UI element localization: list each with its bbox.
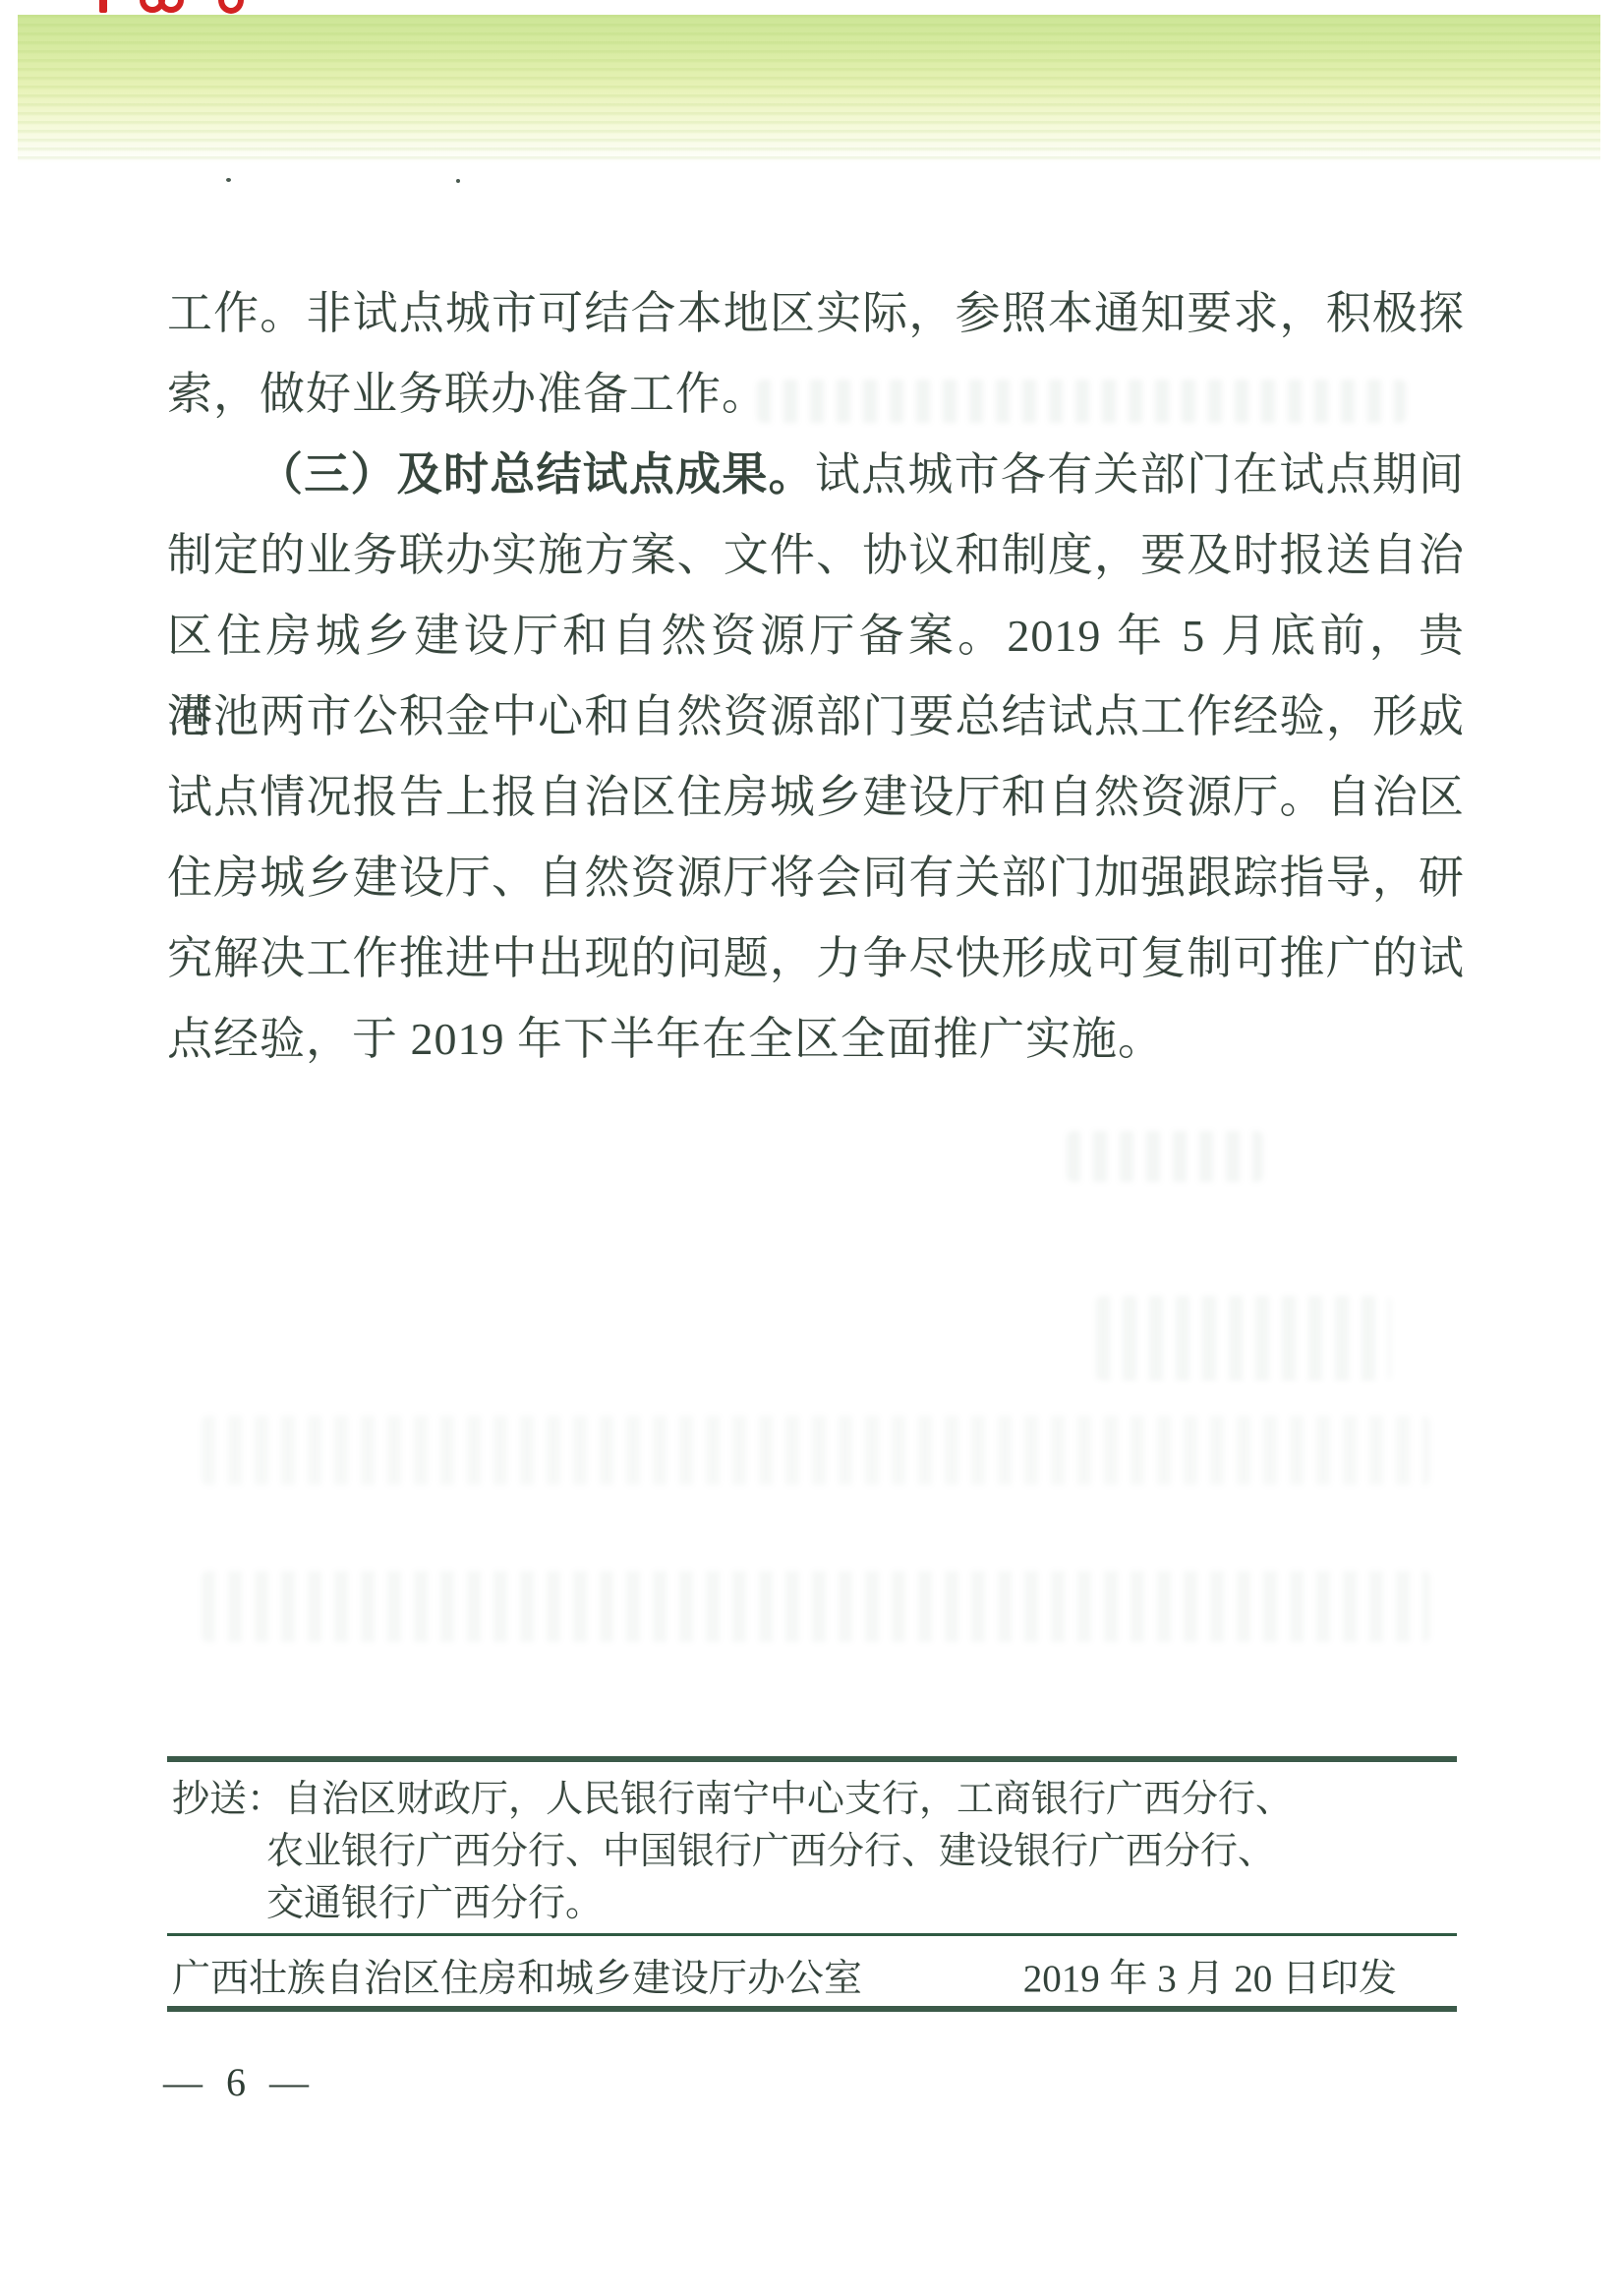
footer-bottom-rule [167, 2006, 1457, 2012]
body-text-line: 工作。非试点城市可结合本地区实际，参照本通知要求，积极探 [167, 273, 1465, 354]
body-text-line: 究解决工作推进中出现的问题，力争尽快形成可复制可推广的试 [167, 918, 1465, 999]
clause-body-start: 试点城市各有关部门在试点期间 [815, 449, 1465, 500]
bleed-through-smudge [202, 1571, 1430, 1642]
issuing-office: 广西壮族自治区住房和城乡建设厅办公室 [172, 1955, 862, 2004]
clause-heading: （三）及时总结试点成果。 [258, 449, 815, 500]
red-letterhead-remnant-icon [140, 0, 187, 14]
body-text-line: 点经验，于 2019 年下半年在全区全面推广实施。 [167, 999, 1465, 1080]
cc-line: 交通银行广西分行。 [172, 1878, 1450, 1930]
bleed-through-smudge [757, 380, 1406, 423]
scan-speck [456, 179, 460, 183]
body-text-line: 河池两市公积金中心和自然资源部门要总结试点工作经验，形成 [167, 677, 1465, 757]
bleed-through-smudge [1096, 1296, 1391, 1381]
scan-speck [226, 178, 231, 182]
bleed-through-smudge [1067, 1131, 1263, 1182]
body-text-line: 制定的业务联办实施方案、文件、协议和制度，要及时报送自治 [167, 515, 1465, 596]
document-page: 工作。非试点城市可结合本地区实际，参照本通知要求，积极探 索，做好业务联办准备工… [0, 0, 1623, 2296]
footer-top-rule [167, 1756, 1457, 1762]
body-text-line: （三）及时总结试点成果。试点城市各有关部门在试点期间 [167, 435, 1465, 515]
footer-middle-rule [167, 1933, 1457, 1936]
cc-line: 农业银行广西分行、中国银行广西分行、建设银行广西分行、 [172, 1826, 1450, 1878]
bleed-through-smudge [202, 1416, 1430, 1485]
red-letterhead-remnant-icon [217, 0, 247, 14]
cc-line: 抄送：自治区财政厅，人民银行南宁中心支行，工商银行广西分行、 [172, 1774, 1450, 1826]
print-date: 2019 年 3 月 20 日印发 [1023, 1955, 1397, 2004]
page-number: — 6 — [163, 2059, 316, 2105]
header-gradient-band [18, 15, 1600, 164]
issuer-row: 广西壮族自治区住房和城乡建设厅办公室 2019 年 3 月 20 日印发 [172, 1955, 1397, 2004]
body-text-line: 住房城乡建设厅、自然资源厅将会同有关部门加强跟踪指导，研 [167, 838, 1465, 918]
body-text-line: 试点情况报告上报自治区住房城乡建设厅和自然资源厅。自治区 [167, 757, 1465, 838]
cc-list: 抄送：自治区财政厅，人民银行南宁中心支行，工商银行广西分行、 农业银行广西分行、… [172, 1774, 1450, 1930]
body-text-line: 区住房城乡建设厅和自然资源厅备案。2019 年 5 月底前，贵港、 [167, 596, 1465, 677]
red-letterhead-remnant-icon [99, 0, 107, 13]
